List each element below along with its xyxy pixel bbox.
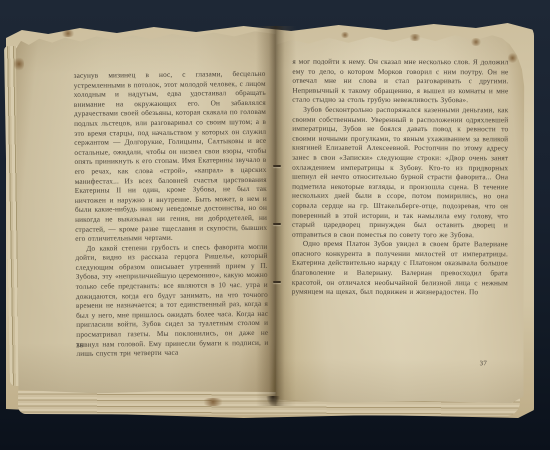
right-page-text: я мог подойти к нему. Он сказал мне неск… <box>292 57 509 297</box>
paragraph: До какой степени грубость и спесь фавори… <box>75 242 268 359</box>
gutter-bottom-notch <box>266 396 280 406</box>
foxing-spot <box>14 56 24 72</box>
binding-stitch <box>273 223 281 225</box>
foxing-spot <box>508 52 517 64</box>
foxing-spot <box>408 34 422 41</box>
foxing-spot <box>340 32 350 38</box>
binding-stitch <box>273 165 281 167</box>
foxing-spot <box>60 30 76 37</box>
right-page: я мог подойти к нему. Он сказал мне неск… <box>276 33 525 404</box>
page-number-left: 36 <box>76 342 83 349</box>
paragraph: засунув мизинец в нос, с глазами, бесцел… <box>74 69 268 244</box>
paragraph: Зубов бесконтрольно распоряжался казенны… <box>292 105 508 240</box>
page-number-right: 37 <box>480 360 487 367</box>
book-photo: засунув мизинец в нос, с глазами, бесцел… <box>0 0 550 450</box>
paragraph: Одно время Платон Зубов увидел в своем б… <box>292 239 508 297</box>
binding-stitch <box>273 281 281 283</box>
foxing-spot <box>200 398 226 406</box>
left-page-text: засунув мизинец в нос, с глазами, бесцел… <box>74 69 269 359</box>
left-page: засунув мизинец в нос, с глазами, бесцел… <box>16 29 279 394</box>
foxing-spot <box>470 38 482 46</box>
paragraph: я мог подойти к нему. Он сказал мне неск… <box>292 57 508 106</box>
page-gutter <box>256 26 296 406</box>
